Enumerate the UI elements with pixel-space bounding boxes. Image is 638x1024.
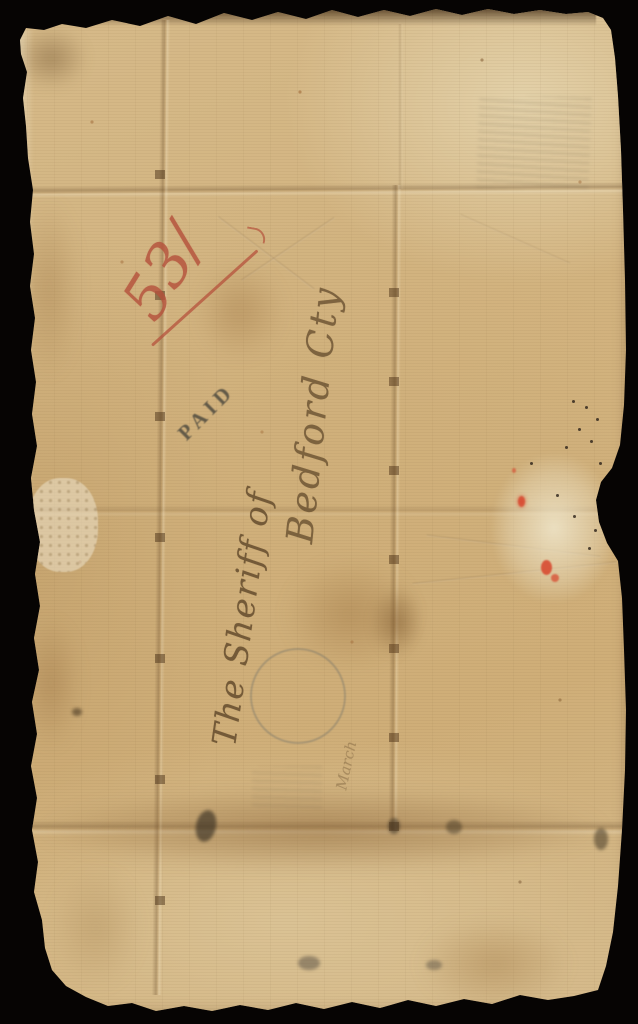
ink-dot [599, 462, 602, 465]
ink-dot [578, 428, 581, 431]
embossed-dimple-patch [28, 478, 98, 572]
bleedthrough-text-patch [476, 94, 591, 192]
bleedthrough-text-patch [252, 766, 322, 810]
red-wax-speck [518, 496, 525, 507]
scan-background: 53/ PAID The Sheriff of Bedford Cty Marc… [0, 0, 638, 1024]
ink-dot [590, 440, 593, 443]
ink-dot [565, 446, 568, 449]
ink-dot [588, 547, 591, 550]
ink-dot [573, 515, 576, 518]
ink-blot [594, 828, 608, 850]
ink-smudge [426, 960, 442, 970]
ink-blot [72, 708, 82, 716]
ink-dot [530, 462, 533, 465]
ink-dot [594, 529, 597, 532]
circular-postmark [250, 648, 346, 744]
red-wax-speck [512, 468, 516, 473]
ink-dot [556, 494, 559, 497]
ink-smudge [298, 956, 320, 970]
ink-dot [572, 400, 575, 403]
letter-paper: 53/ PAID The Sheriff of Bedford Cty Marc… [0, 0, 638, 1024]
ink-blot [388, 818, 400, 834]
ink-dot [585, 406, 588, 409]
red-wax-speck [541, 560, 552, 575]
ink-blot [446, 820, 462, 834]
red-wax-speck [551, 574, 559, 582]
ink-dot [596, 418, 599, 421]
